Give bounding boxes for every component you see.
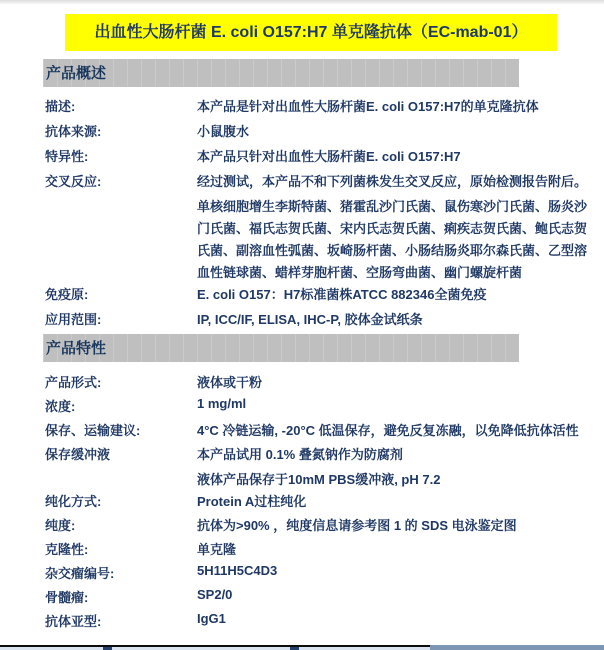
spec-label: 产品形式: (0, 372, 197, 391)
cross-reactivity-strain-list: 单核细胞增生李斯特菌、猪霍乱沙门氏菌、鼠伤寒沙门氏菌、肠炎沙门氏菌、福氏志贺氏菌… (197, 196, 599, 284)
spec-value: 液体产品保存于10mM PBS缓冲液, pH 7.2 (197, 468, 599, 491)
spec-row-product-form: 产品形式: 液体或干粉 (0, 372, 604, 396)
spec-label: 免疫原: (0, 284, 197, 303)
spec-value: 1 mg/ml (197, 396, 599, 411)
spec-row-hybridoma-number: 杂交瘤编号: 5H11H5C4D3 (0, 563, 604, 587)
section-heading-overview: 产品概述 (43, 59, 519, 87)
spec-label: 杂交瘤编号: (0, 563, 197, 582)
spec-value: E. coli O157：H7标准菌株ATCC 882346全菌免疫 (197, 284, 599, 303)
document-title: 出血性大肠杆菌 E. coli O157:H7 单克隆抗体（EC-mab-01） (65, 14, 557, 51)
spec-row-antibody-source: 抗体来源: 小鼠腹水 (0, 121, 604, 146)
spec-value: 经过测试，本产品不和下列菌株发生交叉反应，原始检测报告附后。 (197, 171, 599, 190)
spec-row-specificity: 特异性: 本产品只针对出血性大肠杆菌E. coli O157:H7 (0, 146, 604, 171)
spec-label: 克隆性: (0, 539, 197, 558)
spec-row-purification: 纯化方式: Protein A过柱纯化 (0, 491, 604, 515)
partial-table-top-edge (0, 645, 604, 650)
spec-label: 纯化方式: (0, 491, 197, 510)
spec-value: 抗体为>90% ，纯度信息请参考图 1 的 SDS 电泳鉴定图 (197, 515, 599, 534)
spec-value: 单克隆 (197, 539, 599, 558)
spec-row-isotype: 抗体亚型: IgG1 (0, 611, 604, 635)
spec-row-cross-reactivity-list: 单核细胞增生李斯特菌、猪霍乱沙门氏菌、鼠伤寒沙门氏菌、肠炎沙门氏菌、福氏志贺氏菌… (0, 196, 604, 284)
spec-row-description: 描述: 本产品是针对出血性大肠杆菌E. coli O157:H7的单克隆抗体 (0, 96, 604, 121)
spec-label: 保存缓冲液 (0, 444, 197, 463)
spec-row-concentration: 浓度: 1 mg/ml (0, 396, 604, 420)
spec-label: 浓度: (0, 396, 197, 415)
spec-row-applications: 应用范围: IP, ICC/IF, ELISA, IHC-P, 胶体金试纸条 (0, 309, 604, 334)
characteristics-rows: 产品形式: 液体或干粉 浓度: 1 mg/ml 保存、运输建议: 4°C 冷链运… (0, 372, 604, 635)
partial-table-right-cell (430, 645, 604, 650)
overview-rows: 描述: 本产品是针对出血性大肠杆菌E. coli O157:H7的单克隆抗体 抗… (0, 96, 604, 334)
spec-value: 小鼠腹水 (197, 121, 599, 140)
spec-value: Protein A过柱纯化 (197, 491, 599, 510)
spec-value: IgG1 (197, 611, 599, 626)
spec-row-cross-reactivity: 交叉反应: 经过测试，本产品不和下列菌株发生交叉反应，原始检测报告附后。 (0, 171, 604, 196)
spec-value: IP, ICC/IF, ELISA, IHC-P, 胶体金试纸条 (197, 309, 599, 328)
spec-row-storage-buffer-line2: 液体产品保存于10mM PBS缓冲液, pH 7.2 (0, 468, 604, 491)
spec-value: 本产品是针对出血性大肠杆菌E. coli O157:H7的单克隆抗体 (197, 96, 599, 115)
spec-label: 骨髓瘤: (0, 587, 197, 606)
spec-row-clonality: 克隆性: 单克隆 (0, 539, 604, 563)
spec-label: 抗体亚型: (0, 611, 197, 630)
spec-value: 4°C 冷链运输, -20°C 低温保存，避免反复冻融，以免降低抗体活性 (197, 420, 599, 439)
spec-row-storage-shipping: 保存、运输建议: 4°C 冷链运输, -20°C 低温保存，避免反复冻融，以免降… (0, 420, 604, 444)
spec-value: 5H11H5C4D3 (197, 563, 599, 578)
spec-row-purity: 纯度: 抗体为>90% ，纯度信息请参考图 1 的 SDS 电泳鉴定图 (0, 515, 604, 539)
spec-row-myeloma: 骨髓瘤: SP2/0 (0, 587, 604, 611)
spec-label: 保存、运输建议: (0, 420, 197, 439)
section-heading-characteristics: 产品特性 (43, 334, 519, 362)
spec-row-storage-buffer: 保存缓冲液 本产品试用 0.1% 叠氮钠作为防腐剂 (0, 444, 604, 468)
spec-value: 本产品只针对出血性大肠杆菌E. coli O157:H7 (197, 146, 599, 165)
spec-label: 特异性: (0, 146, 197, 165)
spec-label: 纯度: (0, 515, 197, 534)
spec-label: 应用范围: (0, 309, 197, 328)
spec-value: SP2/0 (197, 587, 599, 602)
spec-label: 描述: (0, 96, 197, 115)
spec-row-immunogen: 免疫原: E. coli O157：H7标准菌株ATCC 882346全菌免疫 (0, 284, 604, 309)
spec-label: 交叉反应: (0, 171, 197, 190)
spec-label: 抗体来源: (0, 121, 197, 140)
window-top-edge (0, 0, 604, 4)
spec-value: 本产品试用 0.1% 叠氮钠作为防腐剂 (197, 444, 599, 463)
spec-value: 液体或干粉 (197, 372, 599, 391)
